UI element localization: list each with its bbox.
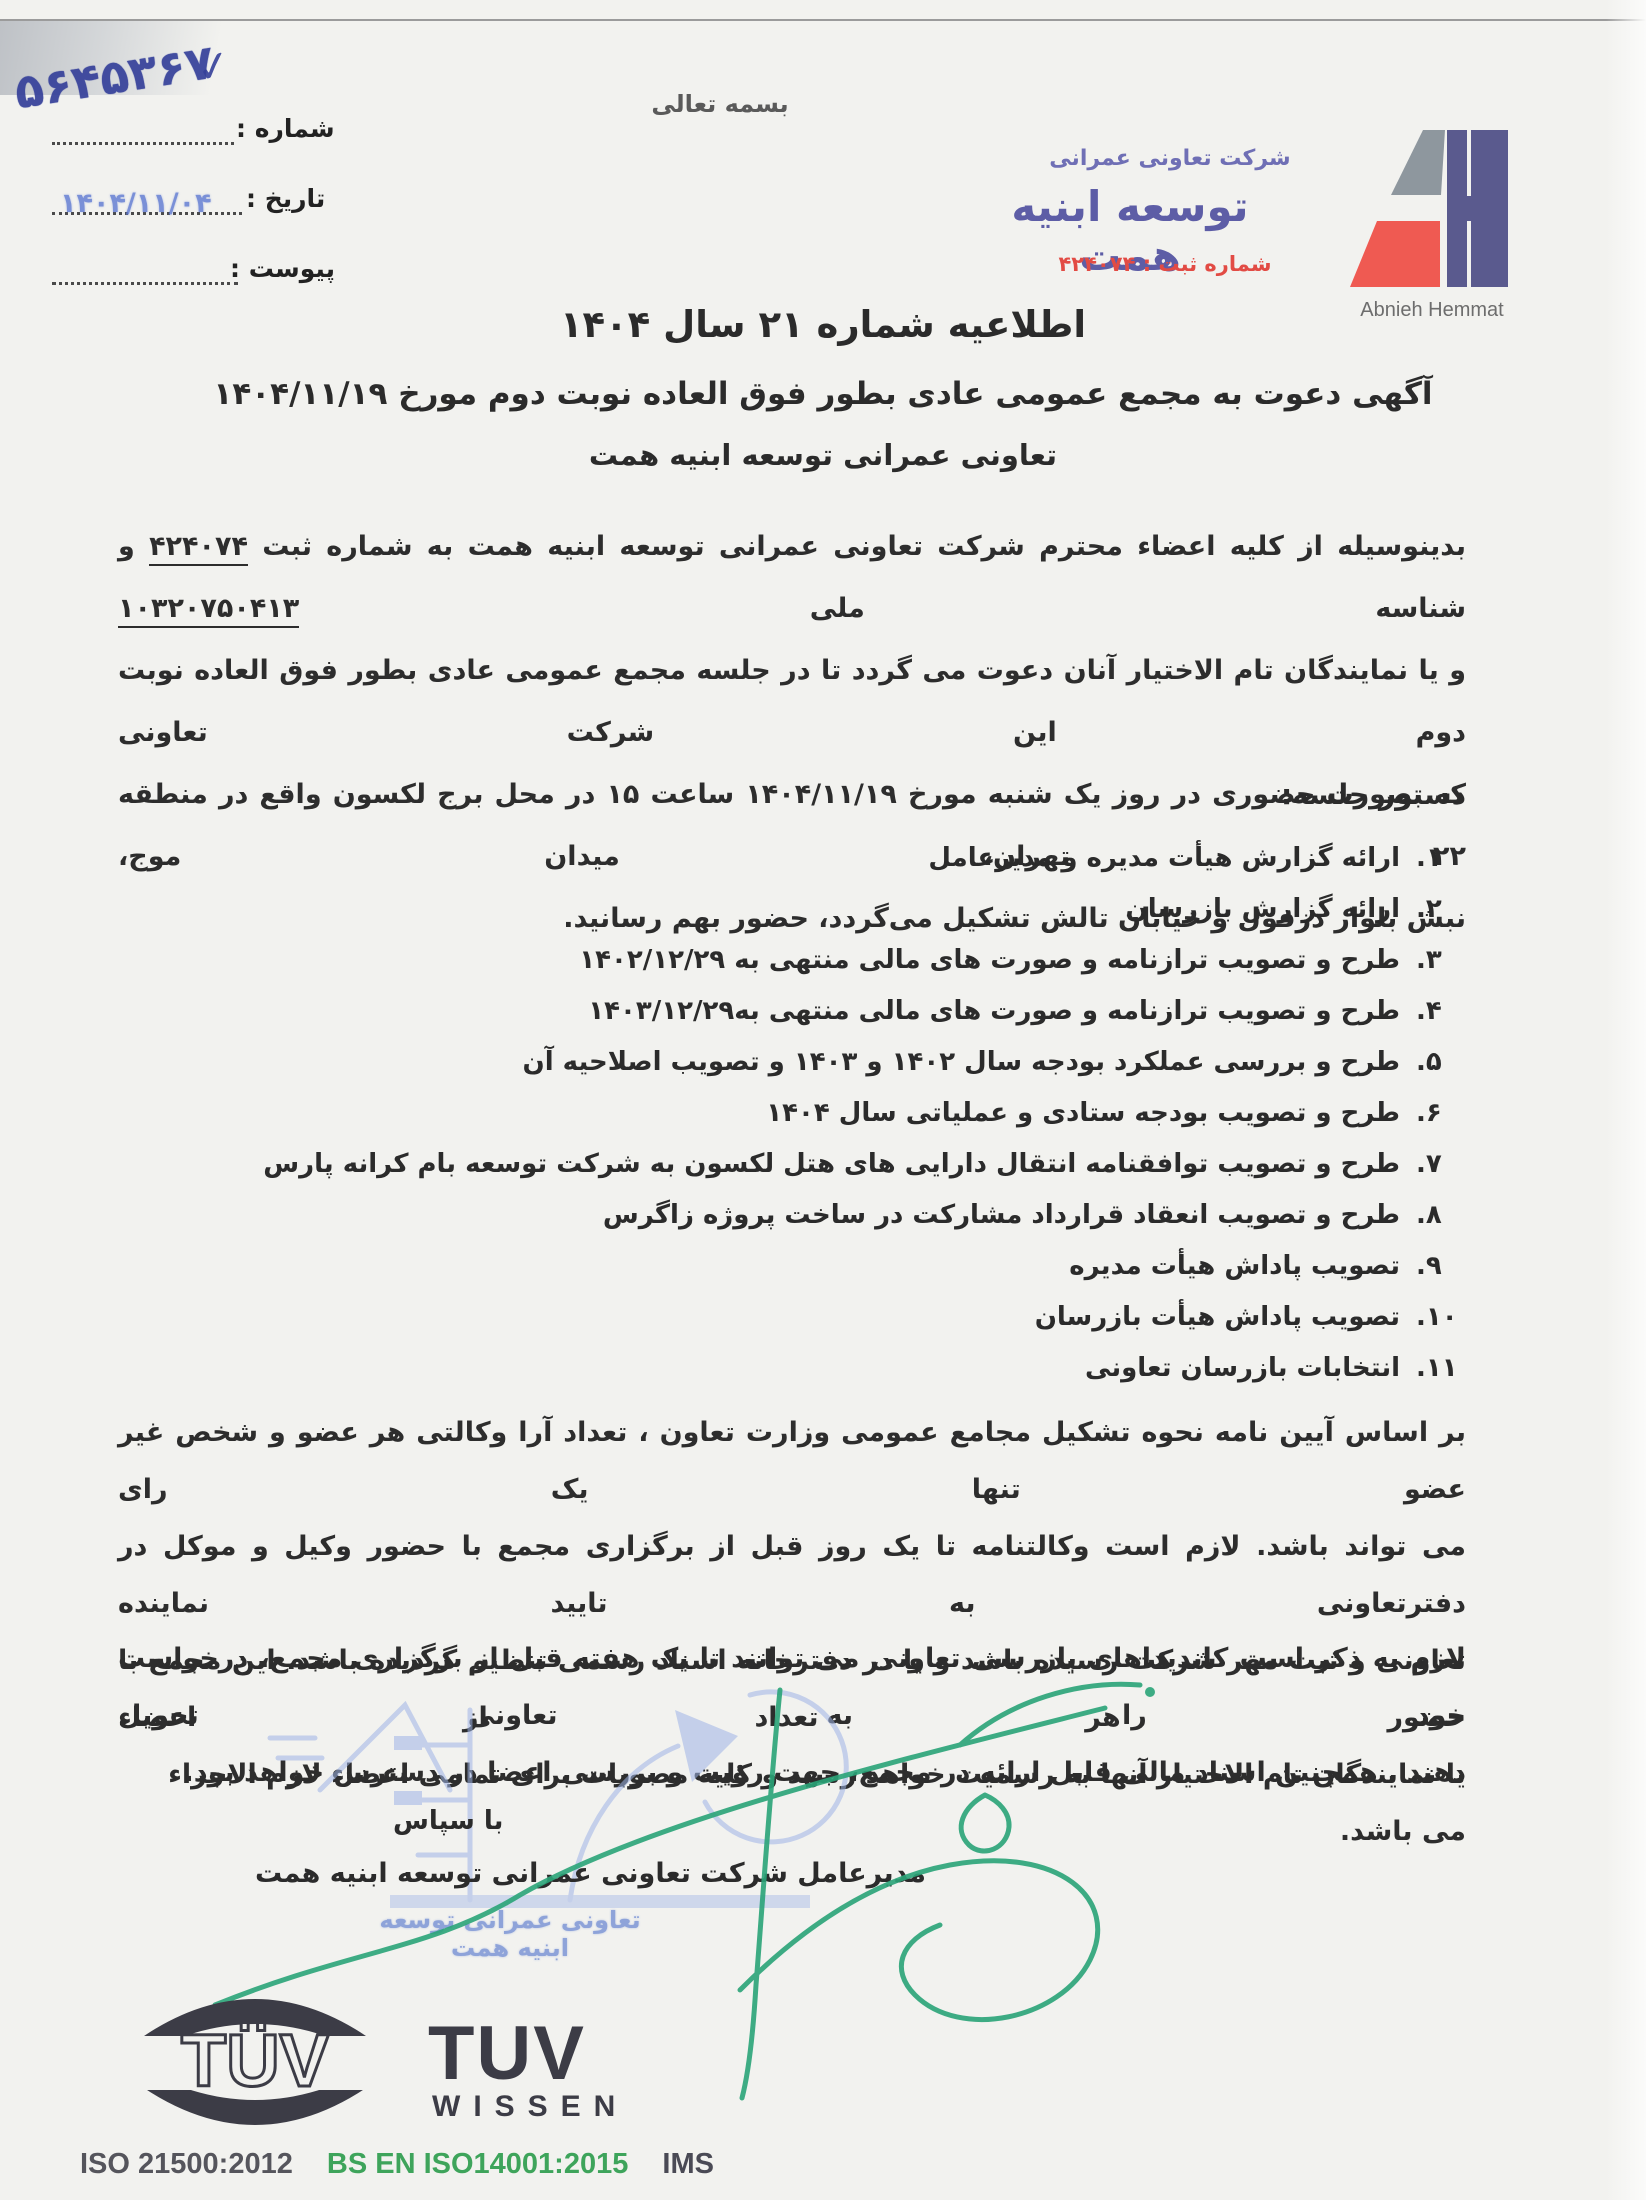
agenda-item: ۴.طرح و تصویب ترازنامه و صورت های مالی م… bbox=[118, 986, 1466, 1037]
tuv-badge-text: TÜV bbox=[181, 2019, 329, 2102]
tuv-wissen-text: WISSEN bbox=[432, 2090, 628, 2124]
field-label-attachment: پیوست : bbox=[230, 254, 335, 283]
agenda-item: ۹.تصویب پاداش هیأت مدیره bbox=[118, 1241, 1466, 1292]
registration-number-text: شماره ثبت : ۴۲۴۰۷۴ bbox=[1020, 252, 1310, 276]
bismillah-text: بسمه تعالی bbox=[0, 90, 1440, 118]
tuv-eye-logo-icon: TÜV bbox=[105, 1978, 405, 2146]
intro-line-1: بدینوسیله از کلیه اعضاء محترم شرکت تعاون… bbox=[118, 516, 1466, 640]
abnieh-hemmat-logo-icon bbox=[1340, 124, 1520, 296]
agenda-item: ۷.طرح و تصویب توافقنامه انتقال دارایی ها… bbox=[118, 1139, 1466, 1190]
agenda-item: ۵.طرح و بررسی عملکرد بودجه سال ۱۴۰۲ و ۱۴… bbox=[118, 1037, 1466, 1088]
terms-line-2: می تواند باشد. لازم است وکالتنامه تا یک … bbox=[118, 1518, 1466, 1632]
certification-footer: ISO 21500:2012 BS EN ISO14001:2015 IMS bbox=[80, 2148, 714, 2181]
agenda-item: ۱۱.انتخابات بازرسان تعاونی bbox=[118, 1343, 1466, 1394]
registration-number-underlined: ۴۲۴۰۷۴ bbox=[149, 531, 248, 566]
agenda-item: ۲.ارائه گزارش بازرسان bbox=[118, 884, 1466, 935]
date-stamp-value: ۱۴۰۴/۱۱/۰۴ bbox=[60, 188, 212, 219]
field-label-number: شماره : bbox=[236, 114, 335, 143]
agenda-item: ۳.طرح و تصویب ترازنامه و صورت های مالی م… bbox=[118, 935, 1466, 986]
scanned-letter-page: بسمه تعالی شماره : ۵۶۴۵۳۶۷ ✓ تاریخ : ۱۴۰… bbox=[0, 0, 1646, 2200]
national-id-underlined: ۱۰۳۲۰۷۵۰۴۱۳ bbox=[118, 593, 299, 628]
ims-text: IMS bbox=[662, 2148, 714, 2180]
iso-21500-text: ISO 21500:2012 bbox=[80, 2148, 293, 2180]
agenda-list: ۱.ارائه گزارش هیأت مدیره و مدیرعامل ۲.ار… bbox=[118, 833, 1466, 1394]
attachment-dotted-line bbox=[52, 282, 238, 285]
agenda-item: ۸.طرح و تصویب انعقاد قرارداد مشارکت در س… bbox=[118, 1190, 1466, 1241]
field-label-date: تاریخ : bbox=[246, 184, 325, 213]
number-dotted-line bbox=[52, 142, 234, 145]
intro-line-2: و یا نمایندگان تام الاختیار آنان دعوت می… bbox=[118, 640, 1466, 764]
invitation-subtitle: آگهی دعوت به مجمع عمومی عادی بطور فوق ال… bbox=[0, 376, 1646, 412]
terms-line-1: بر اساس آیین نامه نحوه تشکیل مجامع عمومی… bbox=[118, 1404, 1466, 1518]
cooperative-name-title: تعاونی عمرانی توسعه ابنیه همت bbox=[0, 438, 1646, 472]
tuv-wordmark-text: TUV bbox=[428, 2010, 586, 2097]
notice-title: اطلاعیه شماره ۲۱ سال ۱۴۰۴ bbox=[0, 303, 1646, 346]
agenda-item: ۱.ارائه گزارش هیأت مدیره و مدیرعامل bbox=[118, 833, 1466, 884]
company-type-text: شرکت تعاونی عمرانی bbox=[1020, 146, 1320, 171]
agenda-item: ۶.طرح و تصویب بودجه ستادی و عملیاتی سال … bbox=[118, 1088, 1466, 1139]
iso-14001-text: BS EN ISO14001:2015 bbox=[327, 2148, 628, 2180]
agenda-item: ۱۰.تصویب پاداش هیأت بازرسان bbox=[118, 1292, 1466, 1343]
agenda-heading: دستور جلسه: bbox=[118, 778, 1466, 811]
